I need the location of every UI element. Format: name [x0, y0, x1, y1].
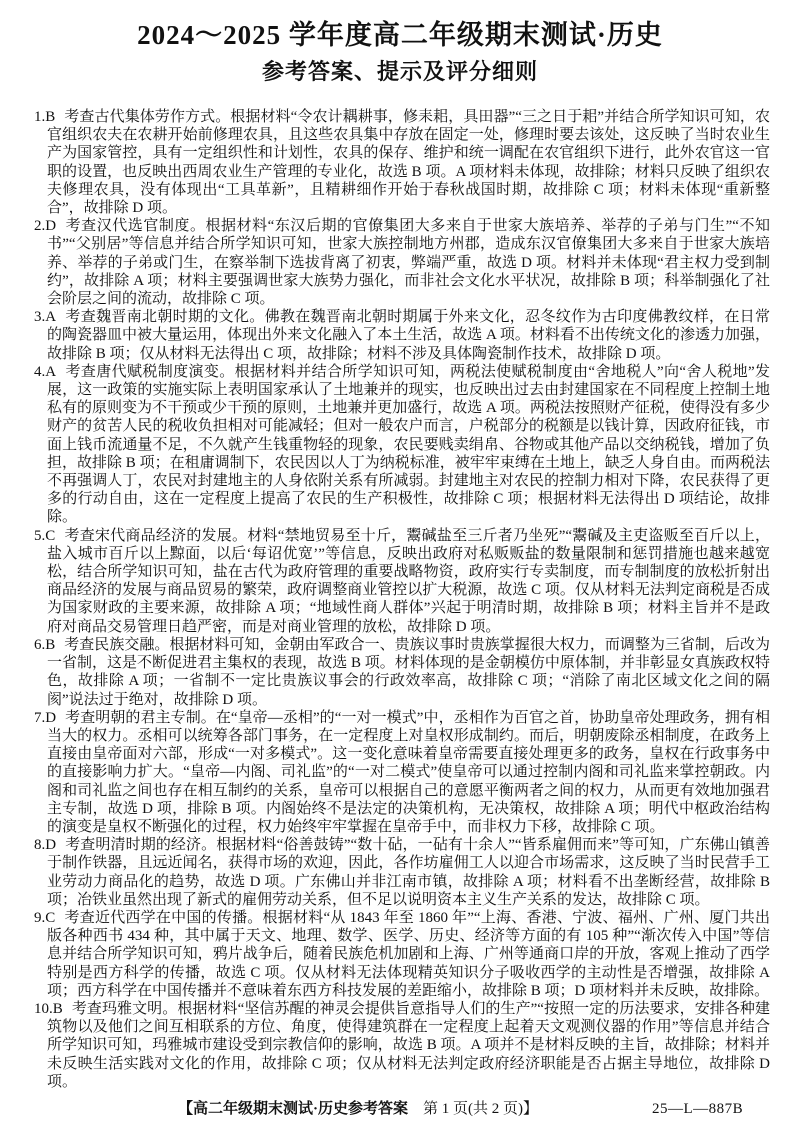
item-text: 考查宋代商品经济的发展。材料“禁地贸易至十斤，鬻碱盐至三斤者乃坐死”“鬻碱及主吏… [47, 528, 770, 635]
answer-item-2: 2.D考查汉代选官制度。根据材料“东汉后期的官僚集团大多来自于世家大族培养、举荐… [34, 217, 770, 308]
item-text: 考查明朝的君主专制。在“皇帝—丞相”的“一对一模式”中，丞相作为百官之首，协助皇… [47, 710, 770, 835]
item-text: 考查明清时期的经济。根据材料“俗善鼓铸”“数十砧，一砧有十余人”“皆系雇佣而来”… [47, 837, 770, 908]
answer-item-4: 4.A考查唐代赋税制度演变。根据材料并结合所学知识可知，两税法使赋税制度由“舍地… [34, 363, 770, 527]
item-text: 考查玛雅文明。根据材料“坚信苏醒的神灵会提供旨意指导人们的生产”“按照一定的历法… [47, 1001, 770, 1090]
footer-caption-title: 【高二年级期末测试·历史参考答案 [178, 1101, 408, 1117]
item-number: 1.B [34, 109, 55, 125]
footer-page-number: 第 1 页(共 2 页)】 [408, 1101, 538, 1117]
footer-caption: 【高二年级期末测试·历史参考答案 第 1 页(共 2 页)】 [178, 1099, 538, 1119]
item-number: 7.D [34, 710, 56, 726]
item-text: 考查古代集体劳作方式。根据材料“令农计耦耕事，修耒耜，具田器”“三之日于耜”并结… [47, 109, 770, 216]
item-number: 3.A [34, 309, 56, 325]
page-subtitle: 参考答案、提示及评分细则 [0, 58, 800, 86]
item-text: 考查汉代选官制度。根据材料“东汉后期的官僚集团大多来自于世家大族培养、举荐的子弟… [47, 218, 770, 307]
item-text: 考查唐代赋税制度演变。根据材料并结合所学知识可知，两税法使赋税制度由“舍地税人”… [47, 364, 770, 526]
item-number: 10.B [34, 1001, 63, 1017]
answer-item-8: 8.D考查明清时期的经济。根据材料“俗善鼓铸”“数十砧，一砧有十余人”“皆系雇佣… [34, 836, 770, 909]
item-text: 考查民族交融。根据材料可知，金朝由军政合一、贵族议事时贵族掌握很大权力，而调整为… [47, 637, 770, 708]
answer-item-3: 3.A考查魏晋南北朝时期的文化。佛教在魏晋南北朝时期属于外来文化，忍冬纹作为古印… [34, 308, 770, 363]
item-number: 8.D [34, 837, 56, 853]
item-number: 6.B [34, 637, 55, 653]
item-number: 4.A [34, 364, 56, 380]
answer-item-1: 1.B考查古代集体劳作方式。根据材料“令农计耦耕事，修耒耜，具田器”“三之日于耜… [34, 108, 770, 217]
item-number: 9.C [34, 910, 55, 926]
page-footer: 【高二年级期末测试·历史参考答案 第 1 页(共 2 页)】 25—L—887B [0, 1099, 800, 1123]
item-text: 考查近代西学在中国的传播。根据材料“从 1843 年至 1860 年”“上海、香… [47, 910, 770, 999]
item-number: 2.D [34, 218, 56, 234]
item-text: 考查魏晋南北朝时期的文化。佛教在魏晋南北朝时期属于外来文化，忍冬纹作为古印度佛教… [47, 309, 770, 361]
answer-list: 1.B考查古代集体劳作方式。根据材料“令农计耦耕事，修耒耜，具田器”“三之日于耜… [34, 108, 770, 1091]
page-title: 2024～2025 学年度高二年级期末测试·历史 [0, 18, 800, 52]
answer-item-10: 10.B考查玛雅文明。根据材料“坚信苏醒的神灵会提供旨意指导人们的生产”“按照一… [34, 1000, 770, 1091]
answer-item-5: 5.C考查宋代商品经济的发展。材料“禁地贸易至十斤，鬻碱盐至三斤者乃坐死”“鬻碱… [34, 527, 770, 636]
answer-item-7: 7.D考查明朝的君主专制。在“皇帝—丞相”的“一对一模式”中，丞相作为百官之首，… [34, 709, 770, 836]
answer-item-6: 6.B考查民族交融。根据材料可知，金朝由军政合一、贵族议事时贵族掌握很大权力，而… [34, 636, 770, 709]
answer-sheet-page: 2024～2025 学年度高二年级期末测试·历史 参考答案、提示及评分细则 1.… [0, 0, 800, 1137]
answer-item-9: 9.C考查近代西学在中国的传播。根据材料“从 1843 年至 1860 年”“上… [34, 909, 770, 1000]
paper-code: 25—L—887B [652, 1099, 743, 1119]
item-number: 5.C [34, 528, 55, 544]
